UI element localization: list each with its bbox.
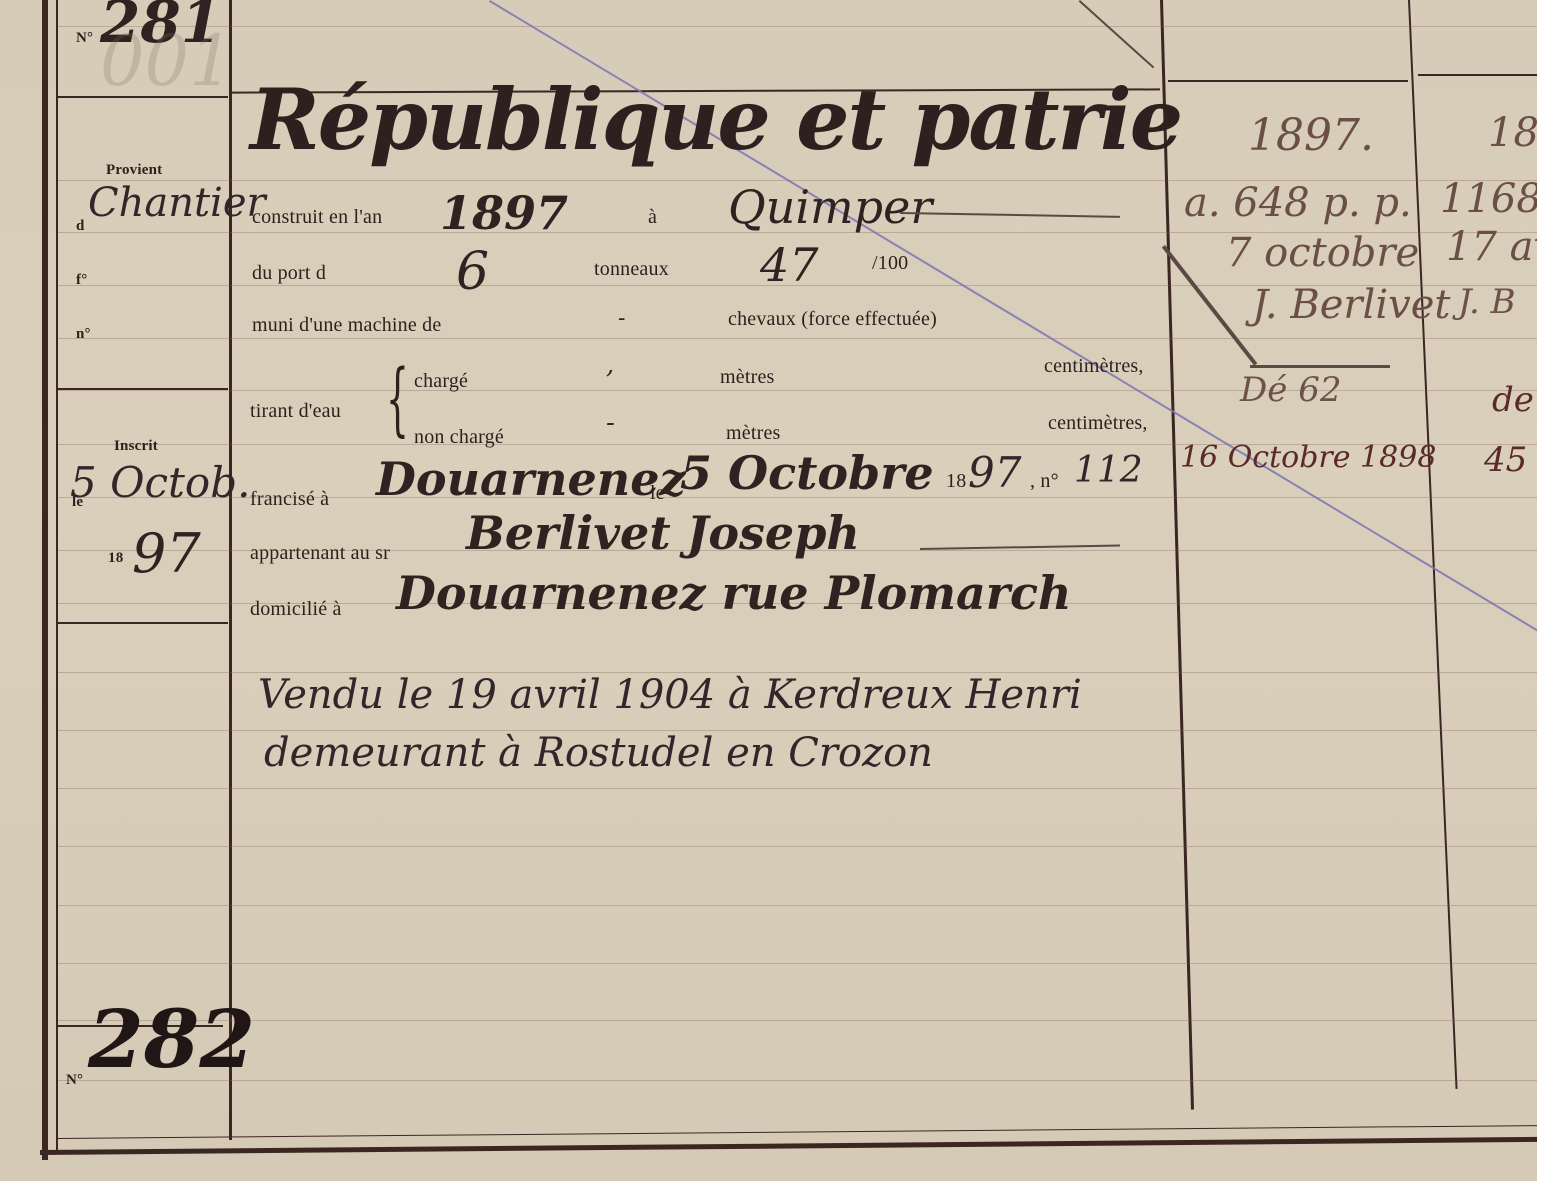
right-margin-note: 16 Octobre 1898 — [1180, 440, 1436, 475]
right-year: 1897. — [1248, 110, 1374, 161]
francise-no-label: , n° — [1030, 470, 1059, 493]
a-label: à — [648, 206, 657, 229]
bottom-number-value: 282 — [88, 992, 255, 1086]
tirant-label: tirant d'eau — [250, 400, 341, 423]
inscrit-date: 5 Octob. — [70, 458, 250, 507]
vessel-name: République et patrie — [250, 70, 1181, 169]
metres-label-1: mètres — [720, 366, 775, 389]
charge-value: , — [606, 350, 614, 380]
inscrit-year-suffix: 97 — [132, 522, 201, 585]
ruled-line — [58, 26, 1538, 27]
francise-label: francisé à — [250, 488, 329, 511]
ruled-line — [58, 788, 1538, 789]
chevaux-label: chevaux (force effectuée) — [728, 308, 937, 331]
francise-place: Douarnenez — [376, 452, 686, 506]
ruled-line — [58, 1020, 1538, 1021]
francise-date: 5 Octobre — [680, 446, 934, 500]
machine-value: - — [618, 306, 625, 331]
metres-label-2: mètres — [726, 422, 781, 445]
centimetres-label-2: centimètres, — [1048, 412, 1148, 435]
right-code: Dé 62 — [1240, 370, 1341, 410]
appartenant-label: appartenant au sr — [250, 542, 390, 565]
charge-label: chargé — [414, 370, 468, 393]
provient-label: Provient — [106, 162, 162, 179]
machine-label: muni d'une machine de — [252, 314, 441, 337]
ruled-line — [58, 338, 1538, 339]
francise-no-value: 112 — [1074, 450, 1143, 491]
far-right-header-rule — [1418, 74, 1538, 76]
non-charge-value: - — [606, 408, 615, 438]
signature-underline — [1250, 365, 1390, 368]
bottom-border — [40, 1137, 1540, 1155]
ruled-line — [58, 963, 1538, 964]
ghost-number: 001 — [100, 20, 234, 102]
left-section-rule-2 — [58, 622, 228, 624]
ruled-line — [58, 1080, 1538, 1081]
francise-le-label: le — [650, 482, 665, 505]
inscrit-label: Inscrit — [114, 438, 158, 455]
right-ref: a. 648 p. p. — [1184, 180, 1412, 226]
ruled-line — [58, 905, 1538, 906]
right-date: 7 octobre — [1226, 230, 1419, 276]
construit-year: 1897 — [440, 186, 568, 240]
left-column-divider — [229, 0, 232, 1140]
construit-place: Quimper — [728, 180, 932, 234]
domicilie-label: domicilié à — [250, 598, 342, 621]
right-signature: J. Berlivet — [1252, 282, 1450, 328]
bottom-number-label: N° — [66, 1072, 83, 1089]
provient-d-label: d — [76, 218, 85, 235]
owner-name: Berlivet Joseph — [466, 506, 860, 560]
scan-margin — [1537, 0, 1557, 1181]
register-page: N° 281 001 Provient d Chantier f° n° Ins… — [0, 0, 1540, 1181]
sale-note-line-2: demeurant à Rostudel en Crozon — [264, 730, 933, 776]
f-label: f° — [76, 272, 87, 289]
right-header-rule — [1168, 80, 1408, 82]
far-right-year: 18 — [1488, 110, 1539, 156]
top-number-label: N° — [76, 30, 93, 47]
francise-year-prefix: 18 — [946, 470, 966, 493]
far-right-note-2: 45 — [1484, 440, 1527, 480]
tonneaux-label: tonneaux — [594, 258, 669, 281]
left-border-thick — [42, 0, 48, 1160]
inscrit-year-prefix: 18 — [108, 550, 123, 567]
ruled-line — [58, 846, 1538, 847]
domicile-value: Douarnenez rue Plomarch — [396, 566, 1072, 620]
non-charge-label: non chargé — [414, 426, 504, 449]
port-value: 6 — [456, 242, 489, 302]
centimetres-label-1: centimètres, — [1044, 355, 1144, 378]
brace-symbol: { — [386, 352, 409, 445]
right-column-divider — [1408, 0, 1458, 1089]
far-right-signature: J. B — [1458, 282, 1516, 322]
far-right-ref: 1168 — [1440, 176, 1542, 222]
provient-value: Chantier — [88, 180, 266, 226]
construit-label: construit en l'an — [252, 206, 382, 229]
place-flourish — [900, 212, 1120, 218]
port-label: du port d — [252, 262, 326, 285]
n-label: n° — [76, 326, 91, 343]
francise-year-suffix: 97 — [968, 448, 1021, 497]
sale-note-line-1: Vendu le 19 avril 1904 à Kerdreux Henri — [258, 672, 1082, 718]
bottom-border-thin — [58, 1125, 1538, 1139]
dark-diagonal-strike — [1079, 0, 1155, 68]
tonneaux-denominator: /100 — [872, 252, 908, 275]
tonneaux-fraction: 47 — [760, 238, 819, 292]
left-border-thin — [56, 0, 58, 1150]
